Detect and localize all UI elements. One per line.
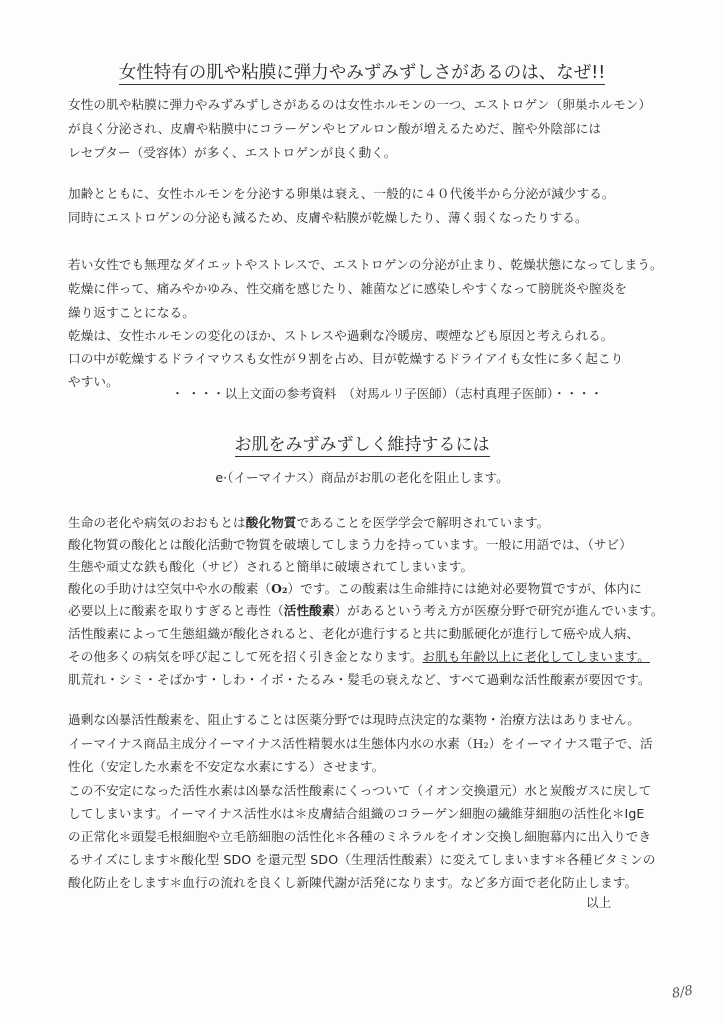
- bold-term: 活性酸素: [284, 603, 335, 618]
- underlined-sentence: お肌も年齢以上に老化してしまいます。: [422, 649, 649, 664]
- section2-para1-line: 酸化物質の酸化とは酸化活動で物質を破壊してしまう力を持っています。一般に用語では…: [68, 537, 632, 553]
- section1-para2-line: 加齢とともに、女性ホルモンを分泌する卵巣は衰え、一般的に４０代後半から分泌が減少…: [68, 186, 615, 202]
- section2-para2-line: 酸化防止をします＊血行の流れを良くし新陳代謝が活発になります。など多方面で老化防…: [68, 875, 637, 891]
- page-number-handwritten: 8/8: [671, 983, 694, 1001]
- section2-subtitle: e·（イーマイナス）商品がお肌の老化を阻止します。: [0, 470, 724, 486]
- section2-para2-line: この不安定になった活性水素は凶暴な活性酸素にくっついて（イオン交換還元）水と炭酸…: [68, 783, 651, 799]
- section2-para1-line: 必要以上に酸素を取りすぎると毒性（活性酸素）があるという考え方が医療分野で研究が…: [68, 603, 664, 619]
- section1-para3-line: 乾燥は、女性ホルモンの変化のほか、ストレスや過剰な冷暖房、喫煙なども原因と考えら…: [68, 328, 613, 344]
- section2-para1-line: 生態や頑丈な鉄も酸化（サビ）されると簡単に破壊されてしまいます。: [68, 559, 473, 575]
- section2-para2-line: してしまいます。イーマイナス活性水は＊皮膚結合組織のコラーゲン細胞の繊維芽細胞の…: [68, 806, 644, 822]
- section2-para2-line: 性化（安定した水素を不安定な水素にする）させます。: [68, 759, 384, 775]
- section1-para3-line: 若い女性でも無理なダイエットやストレスで、エストロゲンの分泌が止まり、乾燥状態に…: [68, 257, 663, 273]
- section1-para2-line: 同時にエストロゲンの分泌も減るため、皮膚や粘膜が乾燥したり、薄く弱くなったりする…: [68, 210, 588, 226]
- reference-note: ・ ・・・以上文面の参考資料 （対馬ルリ子医師）（志村真理子医師）・・・・: [0, 386, 724, 402]
- section2-para2-line: イーマイナス商品主成分イーマイナス活性精製水は生態体内水の水素（H₂）をイーマイ…: [68, 736, 653, 752]
- bold-term: 酸化物質: [246, 515, 297, 530]
- section2-para1-line: 酸化の手助けは空気中や水の酸素（O₂）です。この酸素は生命維持には絶対必要物質で…: [68, 581, 642, 597]
- closing-mark: 以上: [586, 892, 611, 911]
- section2-para1-line: 肌荒れ・シミ・そばかす・しわ・イボ・たるみ・髪毛の衰えなど、すべて過剰な活性酸素…: [68, 672, 651, 688]
- section1-para3-line: 口の中が乾燥するドライマウスも女性が９割を占め、目が乾燥するドライアイも女性に多…: [68, 351, 623, 367]
- section2-title: お肌をみずみずしく維持するには: [0, 434, 724, 456]
- chemical-formula: O₂: [271, 581, 287, 596]
- section1-para1-line: が良く分泌され、皮膚や粘膜中にコラーゲンやヒアルロン酸が増えるためだ、膣や外陰部…: [68, 121, 601, 137]
- section2-para1-line: 生命の老化や病気のおおもとは酸化物質であることを医学学会で解明されています。: [68, 515, 549, 531]
- chemical-formula: H₂: [473, 736, 489, 751]
- section1-para1-line: 女性の肌や粘膜に弾力やみずみずしさがあるのは女性ホルモンの一つ、エストロゲン（卵…: [68, 97, 651, 113]
- section1-para3-line: 繰り返すことになる。: [68, 305, 195, 321]
- section2-para2-line: 過剰な凶暴活性酸素を、阻止することは医薬分野では現時点決定的な薬物・治療方法はあ…: [68, 712, 640, 728]
- section1-title: 女性特有の肌や粘膜に弾力やみずみずしさがあるのは、なぜ!!: [0, 62, 724, 84]
- section2-para2-line: るサイズにします＊酸化型 SDO を還元型 SDO（生理活性酸素）に変えてしまい…: [68, 852, 656, 868]
- section2-para2-line: の正常化＊頭髪毛根細胞や立毛筋細胞の活性化＊各種のミネラルをイオン交換し細胞幕内…: [68, 829, 651, 845]
- section1-para3-line: 乾燥に伴って、痛みやかゆみ、性交痛を感じたり、雑菌などに感染しやすくなって膀胱炎…: [68, 281, 627, 297]
- section1-para1-line: レセプター（受容体）が多く、エストロゲンが良く動く。: [68, 145, 396, 161]
- section2-para1-line: 活性酸素によって生態組織が酸化されると、老化が進行すると共に動脈硬化が進行して癌…: [68, 626, 639, 642]
- section2-para1-line: その他多くの病気を呼び起こして死を招く引き金となります。お肌も年齢以上に老化して…: [68, 649, 650, 665]
